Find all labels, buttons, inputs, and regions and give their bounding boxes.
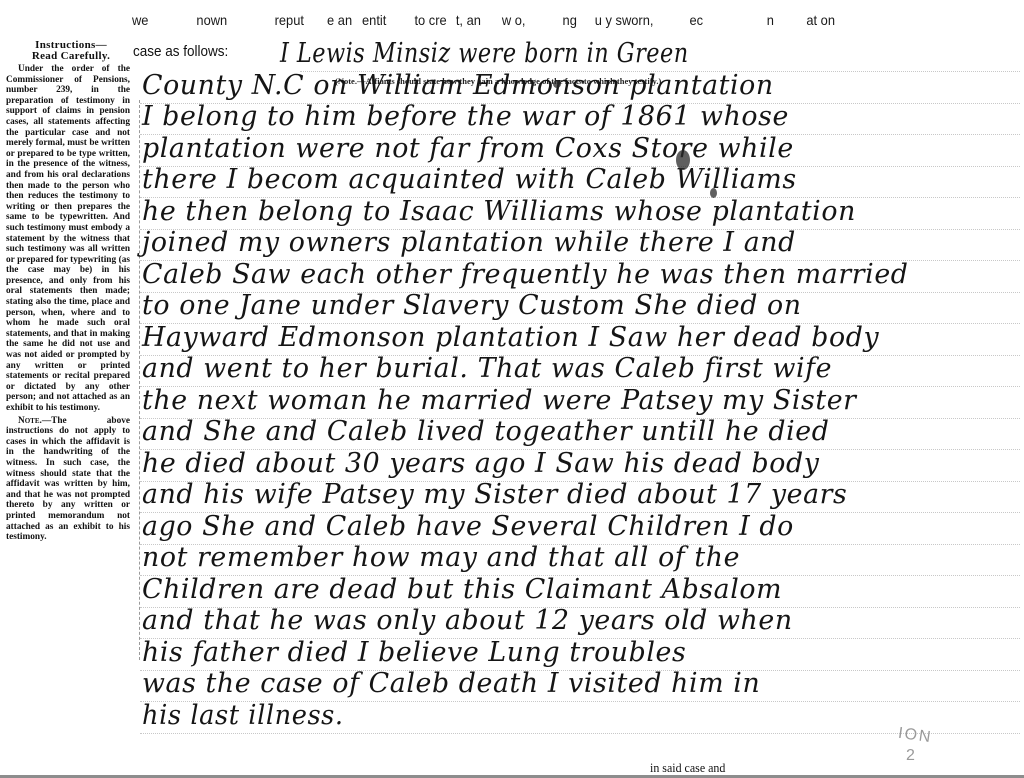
header-fragment: ec xyxy=(690,12,704,28)
testimony-line: and She and Caleb lived togeather untill… xyxy=(142,416,1005,447)
testimony-line: to one Jane under Slavery Custom She die… xyxy=(142,290,1005,321)
testimony-line: he died about 30 years ago I Saw his dea… xyxy=(142,448,1005,479)
testimony-line: I belong to him before the war of 1861 w… xyxy=(142,101,1005,132)
testimony-line: and that he was only about 12 years old … xyxy=(142,605,1005,636)
testimony-line: I Lewis Minsiz were born in Green xyxy=(280,38,1000,69)
testimony-line: plantation were not far from Coxs Store … xyxy=(142,133,1005,164)
instructions-paragraph: Under the order of the Commissioner of P… xyxy=(6,64,130,414)
testimony-line: joined my owners plantation while there … xyxy=(142,227,1005,258)
ink-blot xyxy=(553,80,561,88)
instructions-title: Instructions— Read Carefully. xyxy=(12,40,130,62)
stamp-text: ION xyxy=(897,725,934,748)
note-label: Note. xyxy=(18,416,42,426)
stamp-text: 2 xyxy=(906,747,915,765)
header-fragment: to cre xyxy=(414,12,446,28)
testimony-line: the next woman he married were Patsey my… xyxy=(142,385,1005,416)
case-label: case as follows: xyxy=(133,43,228,60)
header-fragment: we xyxy=(132,12,148,28)
testimony-line: Children are dead but this Claimant Absa… xyxy=(142,574,1005,605)
header-fragment: u y sworn, xyxy=(595,12,654,28)
instructions-title-line2: Read Carefully. xyxy=(12,51,130,62)
margin-rule xyxy=(139,100,140,660)
testimony-line: and went to her burial. That was Caleb f… xyxy=(142,353,1005,384)
testimony-line: Caleb Saw each other frequently he was t… xyxy=(142,259,1005,290)
header-fragment: entit xyxy=(362,12,386,28)
testimony-line: and his wife Patsey my Sister died about… xyxy=(142,479,1005,510)
note-text: —The above instructions do not apply to … xyxy=(6,416,130,543)
testimony-line: ago She and Caleb have Several Children … xyxy=(142,511,1005,542)
testimony-line: was the case of Caleb death I visited hi… xyxy=(142,668,1005,699)
testimony-line: he then belong to Isaac Williams whose p… xyxy=(142,196,1005,227)
ink-blot xyxy=(710,188,717,198)
testimony-line: his last illness. xyxy=(142,700,969,731)
testimony-line: his father died I believe Lung troubles xyxy=(142,637,1005,668)
header-fragment: at on xyxy=(806,12,835,28)
testimony-line: Hayward Edmonson plantation I Saw her de… xyxy=(142,322,1005,353)
testimony-line: not remember how may and that all of the xyxy=(142,542,1005,573)
header-fragment: t, an xyxy=(456,12,481,28)
header-fragment: nown xyxy=(196,12,227,28)
header-fragment: reput xyxy=(275,12,304,28)
header-fragment: n xyxy=(767,12,774,28)
header-fragment: e an xyxy=(327,12,352,28)
testimony-line: there I becom acquainted with Caleb Will… xyxy=(142,164,1005,195)
faded-stamp: ION 2 xyxy=(880,725,990,775)
instructions-note: Note.—The above instructions do not appl… xyxy=(6,416,130,543)
header-fragment: ng xyxy=(563,12,577,28)
form-header-line: we nown reput e an entit to cre t, an w … xyxy=(132,12,831,36)
form-bottom-text: in said case and xyxy=(650,760,725,776)
ink-blot xyxy=(676,150,690,170)
instructions-sidebar: Instructions— Read Carefully. Under the … xyxy=(6,40,130,543)
testimony-line: County N.C on William Edmonson plantatio… xyxy=(142,70,1005,101)
header-fragment: w o, xyxy=(502,12,526,28)
